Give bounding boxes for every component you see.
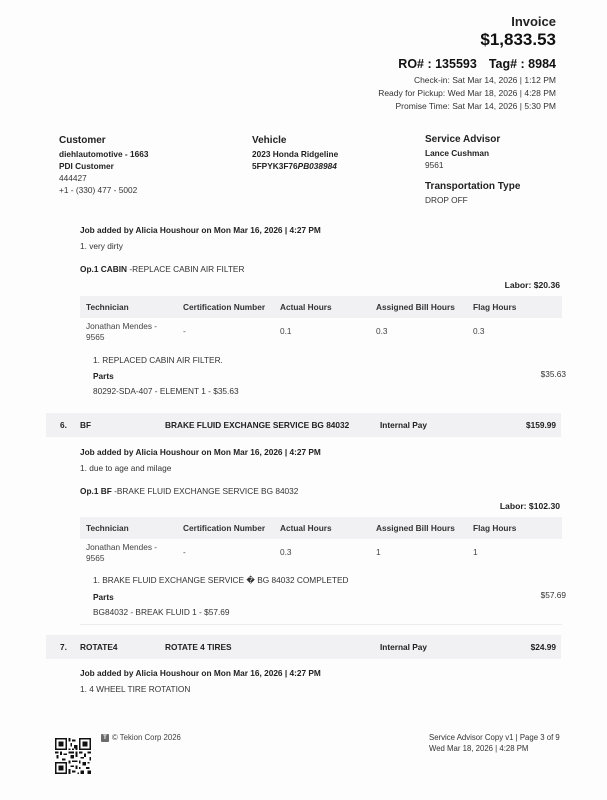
- job-total: $159.99: [526, 420, 556, 430]
- job-title: BRAKE FLUID EXCHANGE SERVICE BG 84032: [165, 420, 349, 430]
- parts-total: $57.69: [541, 590, 566, 600]
- ready-for-pickup-time: Ready for Pickup: Wed Mar 18, 2026 | 4:2…: [378, 88, 556, 98]
- technician-table-header: Technician Certification Number Actual H…: [80, 296, 562, 318]
- job-title: ROTATE 4 TIRES: [165, 642, 232, 652]
- customer-name: diehlautomotive - 1663: [59, 148, 148, 160]
- vehicle-title: Vehicle: [252, 135, 338, 146]
- job-added-by: Job added by Alicia Houshour on Mon Mar …: [80, 225, 321, 235]
- labor-total: Labor: $102.30: [500, 501, 560, 511]
- tech-actual-hours: 0.1: [280, 326, 292, 337]
- col-certification: Certification Number: [183, 523, 265, 533]
- job-total: $24.99: [531, 642, 556, 652]
- vehicle-section: Vehicle 2023 Honda Ridgeline 5FPYK3F76PB…: [252, 135, 338, 172]
- customer-title: Customer: [59, 135, 148, 146]
- job-header-row[interactable]: 6. BF BRAKE FLUID EXCHANGE SERVICE BG 84…: [46, 413, 561, 437]
- transportation-section: Transportation Type DROP OFF: [425, 181, 520, 206]
- vin-prefix: 5FPYK3F76: [252, 161, 298, 171]
- tech-name: Jonathan Mendes -: [86, 542, 157, 553]
- job-header-row[interactable]: 7. ROTATE4 ROTATE 4 TIRES Internal Pay $…: [46, 635, 561, 659]
- invoice-label: Invoice: [511, 14, 556, 29]
- job-pay-type: Internal Pay: [380, 642, 427, 652]
- printed-timestamp: Wed Mar 18, 2026 | 4:28 PM: [429, 744, 560, 755]
- col-flag-hours: Flag Hours: [473, 302, 516, 312]
- vehicle-model: 2023 Honda Ridgeline: [252, 148, 338, 160]
- op-description: -BRAKE FLUID EXCHANGE SERVICE BG 84032: [112, 486, 299, 496]
- ro-tag-line: RO# : 135593Tag# : 8984: [398, 57, 556, 71]
- parts-line: BG84032 - BREAK FLUID 1 - $57.69: [93, 607, 230, 617]
- op-description: -REPLACE CABIN AIR FILTER: [127, 264, 244, 274]
- tech-flag-hours: 1: [473, 547, 478, 558]
- col-technician: Technician: [86, 302, 129, 312]
- col-actual-hours: Actual Hours: [280, 302, 332, 312]
- service-advisor-name: Lance Cushman: [425, 147, 500, 159]
- job-added-by: Job added by Alicia Houshour on Mon Mar …: [80, 668, 321, 678]
- job-concern: 1. 4 WHEEL TIRE ROTATION: [80, 684, 190, 694]
- check-in-time: Check-in: Sat Mar 14, 2026 | 1:12 PM: [414, 75, 556, 85]
- labor-total: Labor: $20.36: [505, 280, 560, 290]
- tech-name: Jonathan Mendes -: [86, 321, 157, 332]
- vehicle-vin: 5FPYK3F76PB038984: [252, 160, 338, 172]
- col-technician: Technician: [86, 523, 129, 533]
- tech-actual-hours: 0.3: [280, 547, 292, 558]
- divider: [80, 624, 562, 625]
- tag-number: Tag# : 8984: [489, 57, 556, 71]
- job-number: 6.: [60, 420, 67, 430]
- ro-number: RO# : 135593: [398, 57, 477, 71]
- job-added-by: Job added by Alicia Houshour on Mon Mar …: [80, 447, 321, 457]
- tech-assigned-hours: 1: [376, 547, 381, 558]
- customer-type: PDI Customer: [59, 160, 148, 172]
- col-actual-hours: Actual Hours: [280, 523, 332, 533]
- footer-page-info: Service Advisor Copy v1 | Page 3 of 9 We…: [429, 733, 560, 754]
- customer-phone: +1 - (330) 477 - 5002: [59, 184, 148, 196]
- operation-line: Op.1 BF -BRAKE FLUID EXCHANGE SERVICE BG…: [80, 486, 298, 496]
- vin-suffix: PB038984: [298, 161, 337, 171]
- service-advisor-section: Service Advisor Lance Cushman 9561: [425, 134, 500, 171]
- parts-total: $35.63: [541, 369, 566, 379]
- copy-page-info: Service Advisor Copy v1 | Page 3 of 9: [429, 733, 560, 744]
- operation-line: Op.1 CABIN -REPLACE CABIN AIR FILTER: [80, 264, 244, 274]
- promise-time: Promise Time: Sat Mar 14, 2026 | 5:30 PM: [396, 101, 556, 111]
- tech-cert: -: [183, 326, 186, 337]
- job-code: ROTATE4: [80, 642, 118, 652]
- op-code: Op.1 BF: [80, 486, 112, 496]
- correction-text: 1. REPLACED CABIN AIR FILTER.: [93, 355, 223, 365]
- job-concern: 1. due to age and milage: [80, 463, 171, 473]
- correction-text: 1. BRAKE FLUID EXCHANGE SERVICE � BG 840…: [93, 575, 349, 585]
- tech-id: 9565: [86, 553, 104, 564]
- parts-line: 80292-SDA-407 - ELEMENT 1 - $35.63: [93, 386, 239, 396]
- service-advisor-title: Service Advisor: [425, 134, 500, 145]
- col-assigned-bill-hours: Assigned Bill Hours: [376, 523, 455, 533]
- technician-table-header: Technician Certification Number Actual H…: [80, 517, 562, 539]
- footer-copyright: T © Tekion Corp 2026: [101, 733, 181, 742]
- invoice-total: $1,833.53: [480, 30, 556, 50]
- customer-section: Customer diehlautomotive - 1663 PDI Cust…: [59, 135, 148, 196]
- transportation-title: Transportation Type: [425, 181, 520, 192]
- copyright-text: © Tekion Corp 2026: [112, 733, 181, 742]
- col-assigned-bill-hours: Assigned Bill Hours: [376, 302, 455, 312]
- tech-id: 9565: [86, 332, 104, 343]
- job-number: 7.: [60, 642, 67, 652]
- tekion-logo-icon: T: [101, 734, 109, 742]
- col-flag-hours: Flag Hours: [473, 523, 516, 533]
- parts-label: Parts: [93, 592, 114, 602]
- job-pay-type: Internal Pay: [380, 420, 427, 430]
- service-advisor-id: 9561: [425, 159, 500, 171]
- col-certification: Certification Number: [183, 302, 265, 312]
- customer-id: 444427: [59, 172, 148, 184]
- job-code: BF: [80, 420, 91, 430]
- op-code: Op.1 CABIN: [80, 264, 127, 274]
- qr-code-icon: [55, 738, 91, 774]
- tech-cert: -: [183, 547, 186, 558]
- tech-flag-hours: 0.3: [473, 326, 485, 337]
- transportation-value: DROP OFF: [425, 194, 520, 206]
- tech-assigned-hours: 0.3: [376, 326, 388, 337]
- parts-label: Parts: [93, 371, 114, 381]
- job-concern: 1. very dirty: [80, 241, 123, 251]
